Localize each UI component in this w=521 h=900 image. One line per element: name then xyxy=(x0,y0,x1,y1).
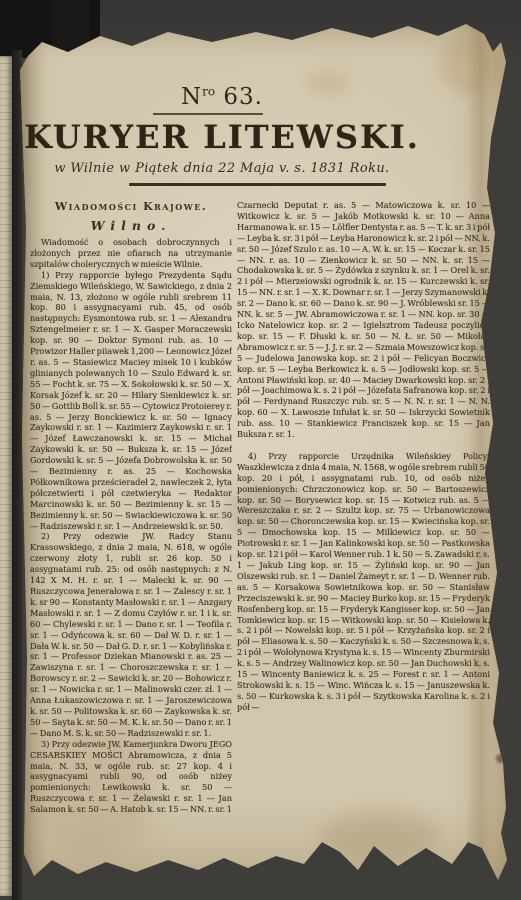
newspaper-title: KURYER LITEWSKI. xyxy=(20,118,424,156)
issue-number: Nro 63. xyxy=(20,76,424,110)
newspaper-page: Nro 63. KURYER LITEWSKI. w Wilnie w Piąt… xyxy=(20,18,507,886)
masthead-rule-thin xyxy=(153,113,263,115)
masthead-rule-thick xyxy=(129,183,386,186)
dateline: w Wilnie w Piątek dnia 22 Maja v. s. 183… xyxy=(20,161,424,176)
right-column: Czarnecki Deputat r. as. 5 — Matowiczowa… xyxy=(237,200,490,820)
issue-number-superscript: ro xyxy=(202,84,215,98)
article-columns: Wiadomości Krajowe. Wilno. Wiadomość o o… xyxy=(30,200,490,820)
paper-stain xyxy=(496,754,505,763)
masthead: Nro 63. KURYER LITEWSKI. w Wilnie w Piąt… xyxy=(20,76,424,186)
book-spine-gap xyxy=(12,50,22,900)
issue-number-value: 63. xyxy=(215,84,263,110)
paragraph-1: 1) Przy rapporcie byłego Prezydenta Sądu… xyxy=(30,270,232,532)
paragraph-2: 2) Przy odezwie JW. Radcy Stanu Krassows… xyxy=(30,531,232,738)
adjacent-page-sliver xyxy=(0,56,12,896)
paragraph-intro: Wiadomość o osobach dobroczynnych i złoż… xyxy=(30,237,232,270)
left-column: Wiadomości Krajowe. Wilno. Wiadomość o o… xyxy=(30,200,232,820)
issue-number-prefix: N xyxy=(181,84,202,110)
paragraph-4: 4) Przy rapporcie Urzędnika Wileńskiey P… xyxy=(237,451,490,713)
paragraph-continuation: Czarnecki Deputat r. as. 5 — Matowiczowa… xyxy=(237,200,490,440)
scan-background: Nro 63. KURYER LITEWSKI. w Wilnie w Piąt… xyxy=(0,0,521,900)
paragraph-3: 3) Przy odezwie JW. Kamerjunkra Dworu JE… xyxy=(30,739,232,820)
section-subheading: Wilno. xyxy=(30,218,232,233)
section-heading: Wiadomości Krajowe. xyxy=(30,200,232,213)
